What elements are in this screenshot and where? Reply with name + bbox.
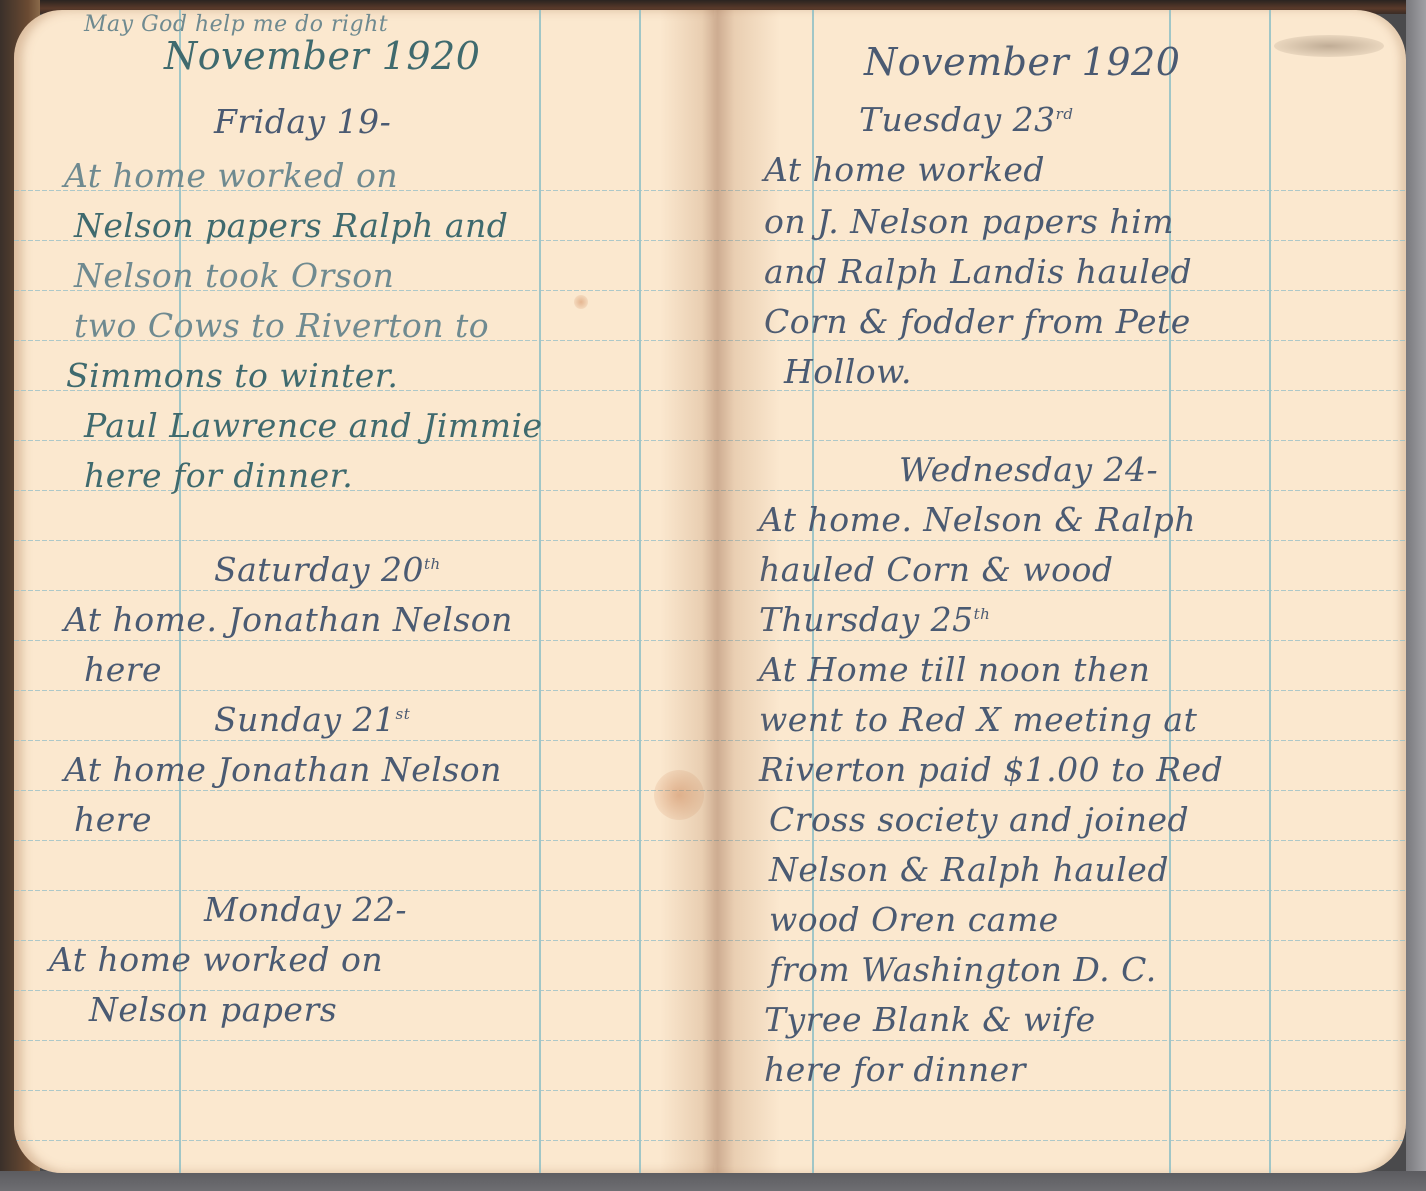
grid-horizontal-line	[714, 190, 1406, 191]
grid-horizontal-line	[14, 790, 714, 791]
entry-line: Nelson took Orson	[74, 256, 394, 295]
entry-line: At home worked	[764, 150, 1045, 189]
entry-line: Corn & fodder from Pete	[764, 302, 1191, 341]
grid-horizontal-line	[14, 740, 714, 741]
grid-vertical-line	[639, 10, 641, 1173]
grid-vertical-line	[539, 10, 541, 1173]
entry-line: from Washington D. C.	[769, 950, 1157, 989]
grid-horizontal-line	[714, 840, 1406, 841]
page-header-month-year: November 1920	[164, 34, 480, 78]
entry-day-label: Saturday 20th	[214, 550, 441, 589]
entry-line: At home worked on	[49, 940, 383, 979]
grid-horizontal-line	[14, 1140, 714, 1141]
entry-line: At Home till noon then	[759, 650, 1150, 689]
entry-day-label: Sunday 21st	[214, 700, 410, 739]
day-text: Sunday 21	[214, 700, 396, 739]
entry-day-label: Tuesday 23rd	[859, 100, 1073, 139]
entry-line: two Cows to Riverton to	[74, 306, 489, 345]
grid-horizontal-line	[714, 540, 1406, 541]
entry-day-label: Thursday 25th	[759, 600, 990, 639]
entry-line: Nelson & Ralph hauled	[769, 850, 1169, 889]
day-suffix: st	[396, 705, 411, 723]
grid-horizontal-line	[714, 590, 1406, 591]
day-text: Thursday 25	[759, 600, 974, 639]
entry-line: Tyree Blank & wife	[764, 1000, 1096, 1039]
grid-horizontal-line	[714, 990, 1406, 991]
entry-line: At home worked on	[64, 156, 398, 195]
entry-day-label: Wednesday 24-	[899, 450, 1158, 489]
paper-stain	[654, 770, 704, 820]
grid-horizontal-line	[714, 890, 1406, 891]
left-page: May God help me do right November 1920 F…	[14, 10, 714, 1173]
grid-horizontal-line	[714, 740, 1406, 741]
right-page: November 1920 Tuesday 23rd At home worke…	[714, 10, 1406, 1173]
grid-horizontal-line	[714, 940, 1406, 941]
entry-line: here for dinner	[764, 1050, 1026, 1089]
entry-line: wood Oren came	[769, 900, 1059, 939]
grid-horizontal-line	[714, 440, 1406, 441]
entry-line: Nelson papers Ralph and	[74, 206, 508, 245]
notebook-cover-bottom-edge	[0, 1171, 1426, 1191]
entry-line: went to Red X meeting at	[759, 700, 1197, 739]
entry-line: here for dinner.	[84, 456, 353, 495]
entry-line: hauled Corn & wood	[759, 550, 1114, 589]
page-header-month-year: November 1920	[864, 40, 1180, 84]
grid-horizontal-line	[14, 690, 714, 691]
entry-line: Riverton paid $1.00 to Red	[759, 750, 1223, 789]
entry-line: Simmons to winter.	[66, 356, 398, 395]
entry-line: Paul Lawrence and Jimmie	[84, 406, 543, 445]
entry-day-label: Monday 22-	[204, 890, 407, 929]
grid-horizontal-line	[714, 1040, 1406, 1041]
grid-horizontal-line	[714, 1090, 1406, 1091]
day-suffix: th	[974, 605, 991, 623]
entry-line: and Ralph Landis hauled	[764, 252, 1192, 291]
day-text: Tuesday 23	[859, 100, 1056, 139]
entry-day-label: Friday 19-	[214, 102, 391, 141]
entry-line: Hollow.	[784, 352, 912, 391]
entry-line: At home Jonathan Nelson	[64, 750, 502, 789]
grid-horizontal-line	[14, 1040, 714, 1041]
grid-horizontal-line	[14, 540, 714, 541]
paper-stain	[574, 295, 588, 309]
grid-horizontal-line	[14, 1090, 714, 1091]
entry-line: At home. Jonathan Nelson	[64, 600, 513, 639]
day-text: Saturday 20	[214, 550, 424, 589]
grid-vertical-line	[1269, 10, 1271, 1173]
day-suffix: th	[424, 555, 441, 573]
notebook-cover-right-edge	[1406, 0, 1426, 1191]
grid-horizontal-line	[14, 840, 714, 841]
entry-line: Cross society and joined	[769, 800, 1189, 839]
grid-horizontal-line	[714, 490, 1406, 491]
entry-line: Nelson papers	[89, 990, 337, 1029]
ink-smudge	[1274, 35, 1384, 57]
grid-horizontal-line	[14, 590, 714, 591]
grid-horizontal-line	[14, 640, 714, 641]
grid-horizontal-line	[714, 1140, 1406, 1141]
grid-vertical-line	[1169, 10, 1171, 1173]
entry-line: At home. Nelson & Ralph	[759, 500, 1196, 539]
grid-horizontal-line	[714, 690, 1406, 691]
grid-horizontal-line	[714, 790, 1406, 791]
entry-line: on J. Nelson papers him	[764, 202, 1174, 241]
entry-line: here	[74, 800, 152, 839]
day-suffix: rd	[1056, 105, 1074, 123]
grid-horizontal-line	[714, 640, 1406, 641]
entry-line: here	[84, 650, 162, 689]
